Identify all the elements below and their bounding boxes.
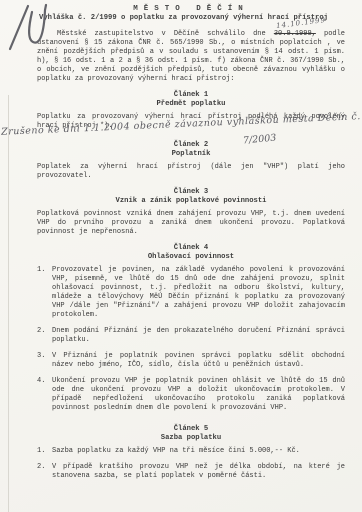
article-title: Předmět poplatku <box>37 100 345 109</box>
list-item: 1. Sazba poplatku za každý VHP na tři mě… <box>37 447 345 456</box>
article-paragraph: Poplatku za provozovaný výherní hrací př… <box>37 113 345 131</box>
article-number: Článek 3 <box>37 188 345 197</box>
list-item-text: Sazba poplatku za každý VHP na tři měsíc… <box>52 447 345 456</box>
article-paragraph: Poplatek za výherní hrací přístroj (dále… <box>37 163 345 181</box>
list-item-text: V Přiznání je poplatník povinen správci … <box>52 352 345 370</box>
article-5: Článek 5 Sazba poplatku 1. Sazba poplatk… <box>37 425 345 481</box>
struck-original-date: 30.9.1999, <box>274 30 316 38</box>
article-number: Článek 4 <box>37 244 345 253</box>
article-title: Poplatník <box>37 150 345 159</box>
article-number: Článek 1 <box>37 91 345 100</box>
intro-text-before-date: Městské zastupitelstvo v Děčíně schválil… <box>57 30 274 38</box>
handwritten-paraph-icon <box>7 3 53 53</box>
article-title: Vznik a zánik poplatkové povinnosti <box>37 197 345 206</box>
intro-paragraph: Městské zastupitelstvo v Děčíně schválil… <box>37 30 345 84</box>
article-1: Článek 1 Předmět poplatku Poplatku za pr… <box>37 91 345 131</box>
city-heading: MĚSTO DĚČÍN <box>37 5 345 14</box>
article-number: Článek 5 <box>37 425 345 434</box>
list-item: 1. Provozovatel je povinen, na základě v… <box>37 266 345 320</box>
list-item-text: Ukončení provozu VHP je poplatník povine… <box>52 377 345 413</box>
list-item: 3. V Přiznání je poplatník povinen správ… <box>37 352 345 370</box>
scan-artifact-line <box>8 95 9 512</box>
article-3: Článek 3 Vznik a zánik poplatkové povinn… <box>37 188 345 237</box>
list-item-number: 1. <box>37 447 47 456</box>
article-number: Článek 2 <box>37 141 345 150</box>
article-item-list: 1. Provozovatel je povinen, na základě v… <box>37 266 345 413</box>
list-item: 4. Ukončení provozu VHP je poplatník pov… <box>37 377 345 413</box>
document-page: MĚSTO DĚČÍN Vyhláška č. 2/1999 o poplatk… <box>0 0 362 512</box>
list-item: 2. Dnem podání Přiznání je den prokazate… <box>37 327 345 345</box>
article-paragraph: Poplatková povinnost vzniká dnem zahájen… <box>37 210 345 237</box>
article-item-list: 1. Sazba poplatku za každý VHP na tři mě… <box>37 447 345 481</box>
article-2: Článek 2 Poplatník Poplatek za výherní h… <box>37 141 345 181</box>
list-item-number: 1. <box>37 266 47 320</box>
decree-title: Vyhláška č. 2/1999 o poplatku za provozo… <box>39 14 345 23</box>
list-item: 2. V případě kratšího provozu VHP než je… <box>37 463 345 481</box>
article-4: Článek 4 Ohlašovací povinnost 1. Provozo… <box>37 244 345 413</box>
list-item-text: Dnem podání Přiznání je den prokazatelné… <box>52 327 345 345</box>
list-item-number: 4. <box>37 377 47 413</box>
list-item-number: 2. <box>37 327 47 345</box>
list-item-number: 2. <box>37 463 47 481</box>
article-title: Ohlašovací povinnost <box>37 253 345 262</box>
list-item-text: V případě kratšího provozu VHP než je dé… <box>52 463 345 481</box>
list-item-number: 3. <box>37 352 47 370</box>
article-title: Sazba poplatku <box>37 434 345 443</box>
list-item-text: Provozovatel je povinen, na základě vyda… <box>52 266 345 320</box>
